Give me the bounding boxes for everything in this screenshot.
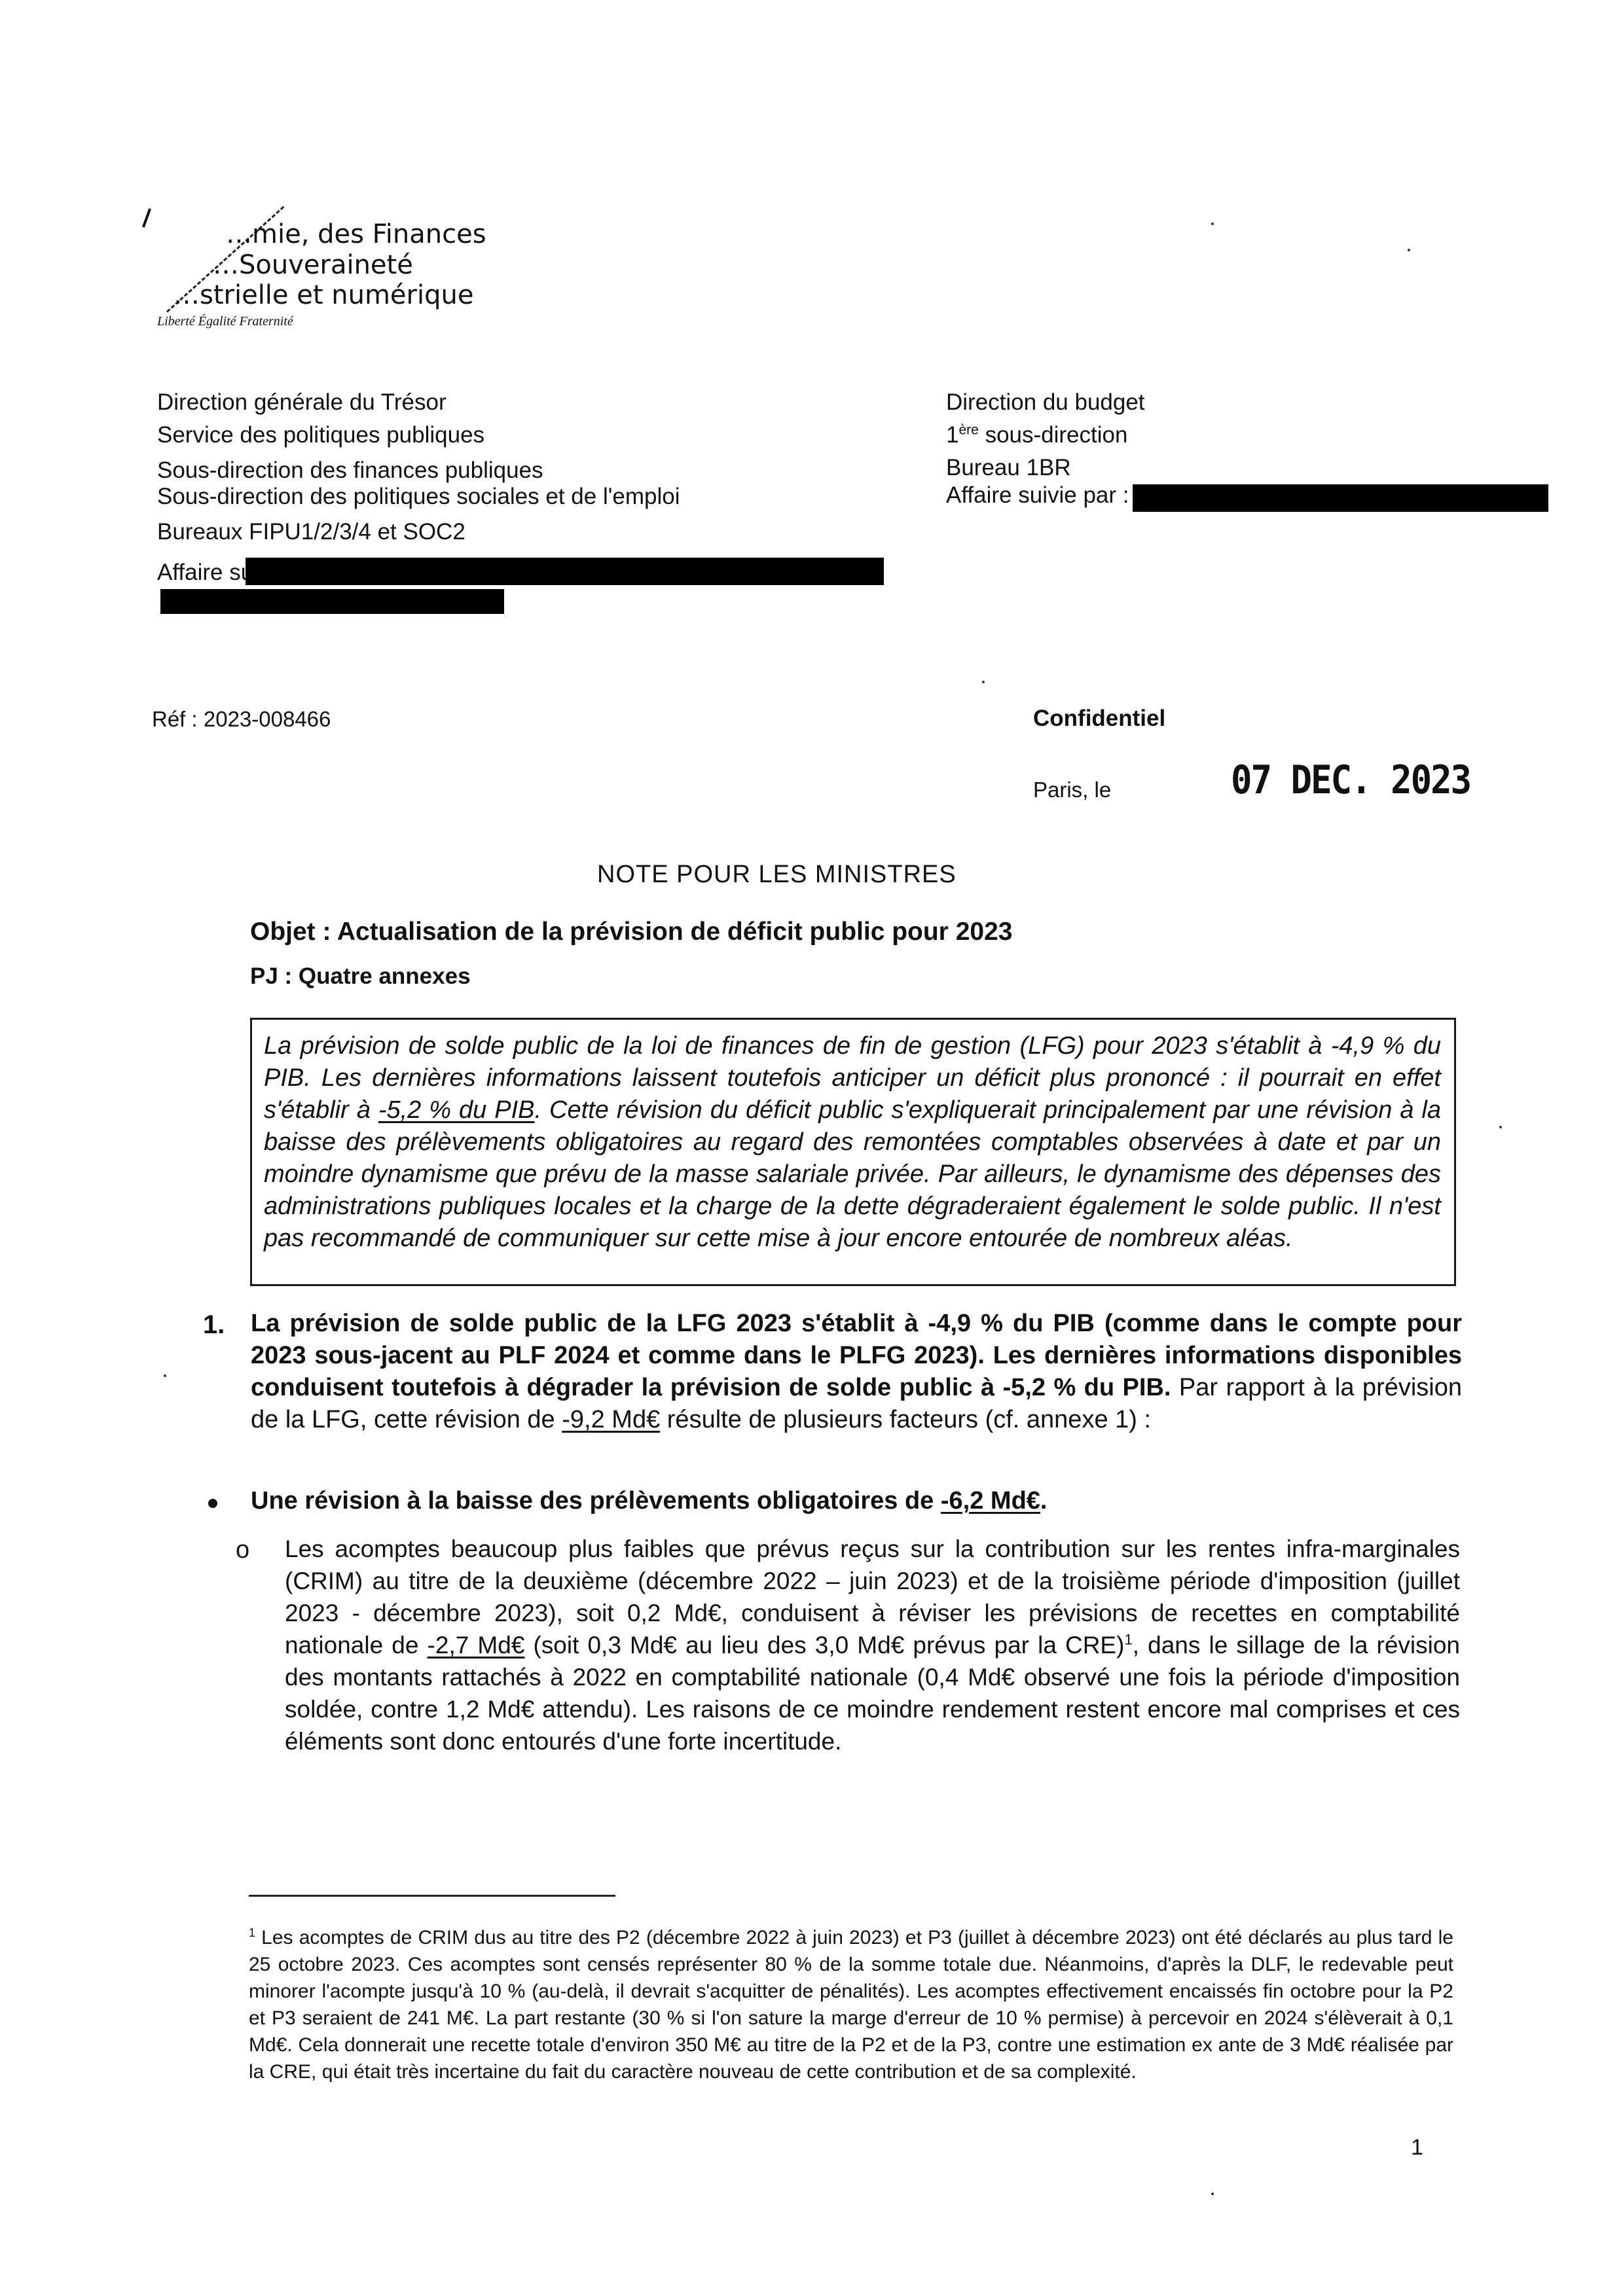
bullet-icon bbox=[208, 1499, 217, 1508]
subject-line: Objet : Actualisation de la prévision de… bbox=[250, 918, 1012, 946]
classification-label: Confidentiel bbox=[1033, 706, 1165, 732]
sub-bullet-crim: Les acomptes beaucoup plus faibles que p… bbox=[285, 1533, 1460, 1757]
scan-speck bbox=[1211, 2193, 1214, 2195]
revision-amount-highlight: -9,2 Md€ bbox=[562, 1406, 660, 1433]
scan-speck bbox=[1499, 1126, 1502, 1128]
bullet-prelevements: Une révision à la baisse des prélèvement… bbox=[251, 1487, 1047, 1515]
ministry-name-line1: …mie, des Finances bbox=[226, 219, 486, 249]
attachments-line: PJ : Quatre annexes bbox=[250, 963, 471, 990]
scan-speck bbox=[982, 681, 985, 683]
service-politiques: Service des politiques publiques bbox=[157, 419, 680, 452]
ministry-name-line3: …strielle et numérique bbox=[173, 280, 473, 310]
date-stamp: 07 DEC. 2023 bbox=[1231, 757, 1470, 802]
footnote-ref[interactable]: 1 bbox=[1124, 1632, 1132, 1648]
scan-speck bbox=[1211, 223, 1214, 225]
redaction-bar bbox=[246, 558, 884, 585]
place-label: Paris, le bbox=[1033, 778, 1111, 802]
sender-left-block: Direction générale du Trésor Service des… bbox=[157, 386, 680, 548]
section-1-paragraph: La prévision de solde public de la LFG 2… bbox=[251, 1308, 1462, 1436]
summary-box: La prévision de solde public de la loi d… bbox=[250, 1018, 1456, 1286]
bureaux-list: Bureaux FIPU1/2/3/4 et SOC2 bbox=[157, 516, 680, 548]
redaction-bar bbox=[1133, 484, 1548, 512]
reference-number: Réf : 2023-008466 bbox=[152, 707, 331, 732]
deficit-forecast-highlight: -5,2 % du PIB bbox=[378, 1096, 535, 1124]
direction-budget: Direction du budget bbox=[946, 386, 1145, 419]
sub-bullet-marker: o bbox=[236, 1536, 249, 1564]
redaction-bar bbox=[160, 589, 504, 614]
document-title: NOTE POUR LES MINISTRES bbox=[597, 861, 957, 889]
ministry-name-line2: …Souveraineté bbox=[213, 250, 413, 280]
scan-mark bbox=[142, 208, 151, 228]
republic-motto: Liberté Égalité Fraternité bbox=[157, 314, 293, 329]
sender-right-block: Direction du budget 1ère sous-direction … bbox=[946, 386, 1145, 512]
section-number: 1. bbox=[203, 1310, 225, 1340]
footnote-1: 1 Les acomptes de CRIM dus au titre des … bbox=[249, 1924, 1453, 2085]
scan-speck bbox=[164, 1374, 166, 1377]
direction-tresor: Direction générale du Trésor bbox=[157, 386, 680, 419]
page-number: 1 bbox=[1411, 2135, 1423, 2161]
footnote-separator bbox=[249, 1895, 615, 1897]
first-subdirection: 1ère sous-direction bbox=[946, 419, 1145, 452]
subdirection-sociales: Sous-direction des politiques sociales e… bbox=[157, 480, 680, 513]
followed-by-label-right: Affaire suivie par : bbox=[946, 479, 1145, 512]
scan-speck bbox=[1408, 249, 1410, 251]
